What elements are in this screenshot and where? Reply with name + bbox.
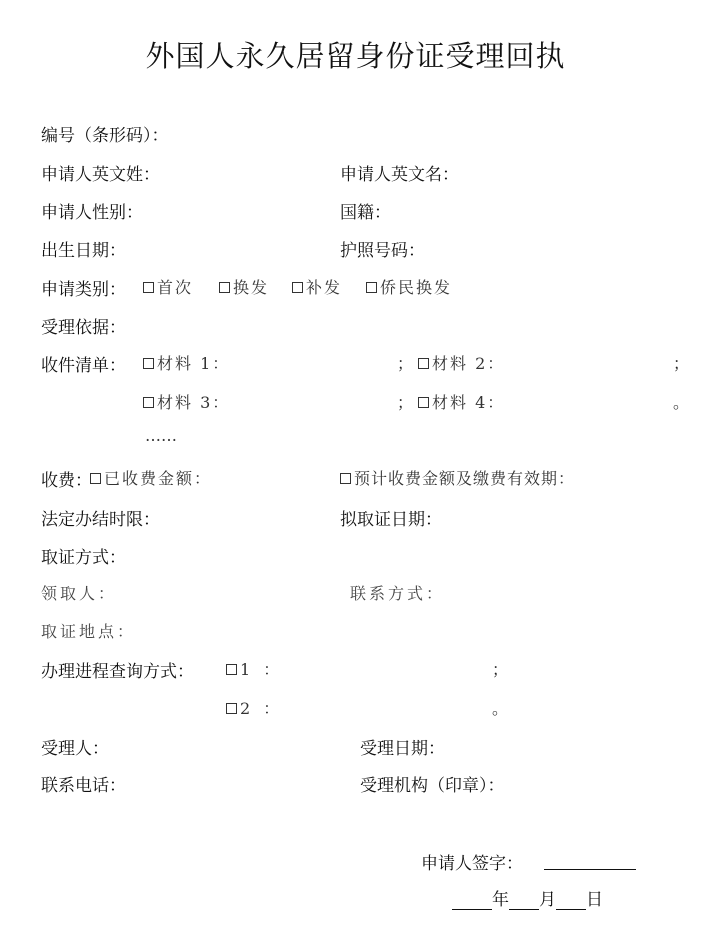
checkbox-icon[interactable] [90, 473, 101, 484]
fee-option-paid[interactable]: 已收费金额： [90, 466, 212, 489]
surname-en-label: 申请人英文姓： [41, 160, 160, 185]
nationality-label: 国籍： [340, 198, 391, 223]
material-1-end: ； [397, 351, 413, 374]
handler-label: 受理人： [41, 734, 109, 759]
progress-query-1-end: ； [492, 657, 508, 680]
birth-date-label: 出生日期： [41, 236, 126, 261]
given-name-en-label: 申请人英文名： [340, 160, 459, 185]
category-option-renew[interactable]: 换发 [219, 275, 269, 298]
material-4-item[interactable]: 材料 4： [418, 390, 505, 413]
checkbox-icon[interactable] [366, 282, 377, 293]
agency-seal-label: 受理机构（印章）： [360, 771, 505, 796]
pickup-location-label: 取证地点： [41, 619, 136, 642]
recipient-label: 领取人： [41, 581, 117, 604]
document-title: 外国人永久居留身份证受理回执 [0, 34, 711, 75]
progress-query-label: 办理进程查询方式： [41, 657, 194, 682]
gender-label: 申请人性别： [41, 198, 143, 223]
serial-number-label: 编号（条形码）： [41, 121, 169, 146]
material-2-end: ； [673, 351, 689, 374]
materials-ellipsis: …… [145, 426, 177, 445]
day-blank[interactable] [556, 891, 586, 910]
progress-query-option-1[interactable]: 1 ： [226, 657, 283, 680]
category-option-reissue[interactable]: 补发 [292, 275, 342, 298]
receipt-document: 外国人永久居留身份证受理回执 编号（条形码）： 申请人英文姓： 申请人英文名： … [0, 0, 711, 931]
category-option-overseas-renew[interactable]: 侨民换发 [366, 275, 452, 298]
checkbox-icon[interactable] [226, 703, 237, 714]
category-label: 申请类别： [41, 275, 126, 300]
signature-line[interactable] [544, 851, 636, 870]
year-blank[interactable] [452, 891, 492, 910]
basis-label: 受理依据： [41, 313, 126, 338]
month-blank[interactable] [509, 891, 539, 910]
progress-query-2-end: 。 [492, 696, 508, 719]
checkbox-icon[interactable] [340, 473, 351, 484]
phone-label: 联系电话： [41, 771, 126, 796]
checkbox-icon[interactable] [418, 397, 429, 408]
contact-method-label: 联系方式： [350, 581, 445, 604]
category-option-first[interactable]: 首次 [143, 275, 193, 298]
checkbox-icon[interactable] [226, 664, 237, 675]
checkbox-icon[interactable] [143, 397, 154, 408]
materials-label: 收件清单： [41, 351, 126, 376]
planned-pickup-date-label: 拟取证日期： [340, 505, 442, 530]
material-3-item[interactable]: 材料 3： [143, 390, 230, 413]
progress-query-option-2[interactable]: 2 ： [226, 696, 283, 719]
checkbox-icon[interactable] [143, 282, 154, 293]
accept-date-label: 受理日期： [360, 734, 445, 759]
fee-option-estimated[interactable]: 预计收费金额及缴费有效期： [340, 466, 575, 489]
pickup-method-label: 取证方式： [41, 543, 126, 568]
legal-deadline-label: 法定办结时限： [41, 505, 160, 530]
date-line: 年月日 [452, 885, 603, 910]
material-4-end: 。 [673, 390, 689, 413]
signature-label: 申请人签字： [421, 849, 523, 874]
checkbox-icon[interactable] [219, 282, 230, 293]
checkbox-icon[interactable] [292, 282, 303, 293]
checkbox-icon[interactable] [418, 358, 429, 369]
fee-label: 收费： [41, 466, 92, 491]
material-1-item[interactable]: 材料 1： [143, 351, 230, 374]
material-3-end: ； [397, 390, 413, 413]
checkbox-icon[interactable] [143, 358, 154, 369]
passport-number-label: 护照号码： [340, 236, 425, 261]
material-2-item[interactable]: 材料 2： [418, 351, 505, 374]
